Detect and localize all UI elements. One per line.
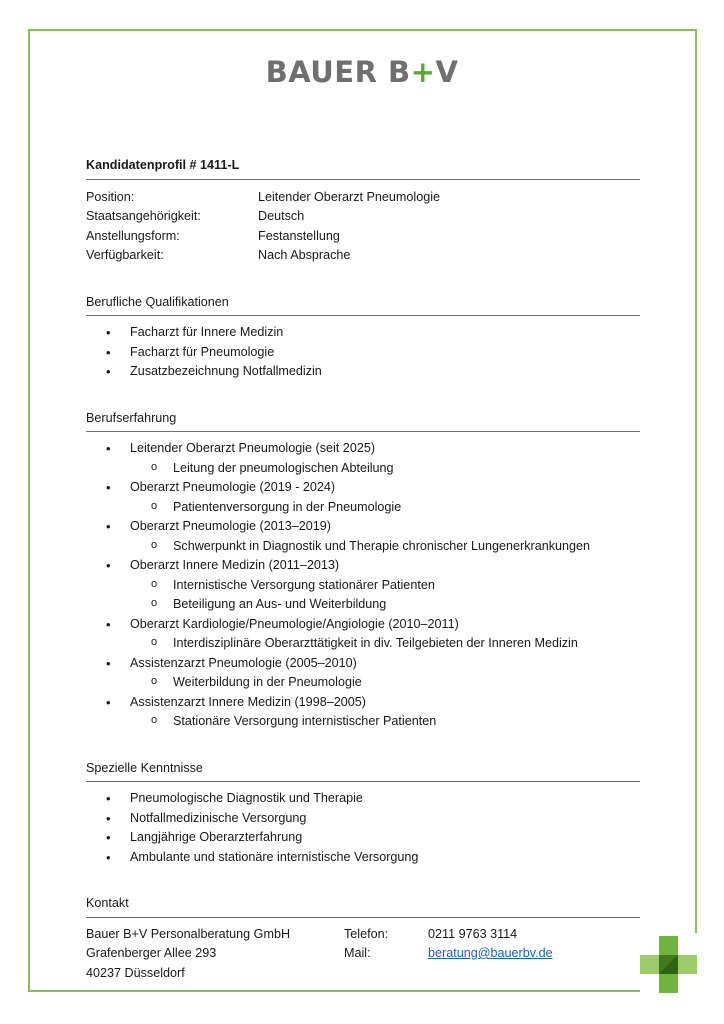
experience-item: Leitender Oberarzt Pneumologie (seit 202… — [86, 439, 640, 459]
experience-detail: Beteiligung an Aus- und Weiterbildung — [130, 595, 640, 615]
skill-item: Pneumologische Diagnostik und Therapie — [86, 789, 640, 809]
street-address: Grafenberger Allee 293 — [86, 944, 344, 964]
company-logo: BAUER B+V — [0, 55, 724, 89]
experience-detail: Patientenversorgung in der Pneumologie — [130, 498, 640, 518]
contact-block: Bauer B+V Personalberatung GmbH Grafenbe… — [86, 925, 640, 984]
section-heading-qualifications: Berufliche Qualifikationen — [86, 293, 640, 313]
experience-details: Schwerpunkt in Diagnostik und Therapie c… — [86, 537, 640, 557]
section-heading-skills: Spezielle Kenntnisse — [86, 759, 640, 779]
frame-border-top — [28, 29, 697, 31]
field-label: Anstellungsform: — [86, 227, 258, 247]
qualifications-list: Facharzt für Innere MedizinFacharzt für … — [86, 323, 640, 382]
experience-details: Interdisziplinäre Oberarzttätigkeit in d… — [86, 634, 640, 654]
divider — [86, 917, 640, 918]
experience-details: Leitung der pneumologischen Abteilung — [86, 459, 640, 479]
field-value: Deutsch — [258, 207, 304, 227]
experience-item: Oberarzt Innere Medizin (2011–2013) — [86, 556, 640, 576]
skill-item: Ambulante und stationäre internistische … — [86, 848, 640, 868]
experience-list: Leitender Oberarzt Pneumologie (seit 202… — [86, 439, 640, 732]
divider — [86, 781, 640, 782]
phone-label: Telefon: — [344, 925, 428, 945]
profile-field-row: Verfügbarkeit:Nach Absprache — [86, 246, 640, 266]
profile-document: Kandidatenprofil # 1411-L Position:Leite… — [86, 156, 640, 983]
experience-item: Assistenzarzt Pneumologie (2005–2010) — [86, 654, 640, 674]
qualification-item: Facharzt für Pneumologie — [86, 343, 640, 363]
skills-list: Pneumologische Diagnostik und TherapieNo… — [86, 789, 640, 867]
experience-detail: Internistische Versorgung stationärer Pa… — [130, 576, 640, 596]
experience-detail: Schwerpunkt in Diagnostik und Therapie c… — [130, 537, 640, 557]
city-address: 40237 Düsseldorf — [86, 964, 344, 984]
experience-detail: Weiterbildung in der Pneumologie — [130, 673, 640, 693]
section-heading-contact: Kontakt — [86, 894, 640, 914]
plus-icon: + — [411, 55, 436, 89]
section-heading-experience: Berufserfahrung — [86, 409, 640, 429]
skill-item: Notfallmedizinische Versorgung — [86, 809, 640, 829]
experience-details: Stationäre Versorgung internistischer Pa… — [86, 712, 640, 732]
profile-field-row: Position:Leitender Oberarzt Pneumologie — [86, 188, 640, 208]
frame-border-left — [28, 29, 30, 992]
field-value: Leitender Oberarzt Pneumologie — [258, 188, 440, 208]
experience-details: Weiterbildung in der Pneumologie — [86, 673, 640, 693]
phone-number: 0211 9763 3114 — [428, 925, 553, 945]
profile-fields: Position:Leitender Oberarzt PneumologieS… — [86, 188, 640, 266]
green-cross-icon — [640, 936, 697, 993]
experience-item: Assistenzarzt Innere Medizin (1998–2005) — [86, 693, 640, 713]
experience-item: Oberarzt Kardiologie/Pneumologie/Angiolo… — [86, 615, 640, 635]
field-label: Position: — [86, 188, 258, 208]
field-value: Nach Absprache — [258, 246, 350, 266]
experience-detail: Stationäre Versorgung internistischer Pa… — [130, 712, 640, 732]
skill-item: Langjährige Oberarzterfahrung — [86, 828, 640, 848]
mail-link[interactable]: beratung@bauerbv.de — [428, 946, 553, 960]
experience-details: Internistische Versorgung stationärer Pa… — [86, 576, 640, 615]
experience-detail: Interdisziplinäre Oberarzttätigkeit in d… — [130, 634, 640, 654]
profile-field-row: Staatsangehörigkeit:Deutsch — [86, 207, 640, 227]
field-label: Staatsangehörigkeit: — [86, 207, 258, 227]
field-label: Verfügbarkeit: — [86, 246, 258, 266]
experience-item: Oberarzt Pneumologie (2013–2019) — [86, 517, 640, 537]
company-name: Bauer B+V Personalberatung GmbH — [86, 925, 344, 945]
field-value: Festanstellung — [258, 227, 340, 247]
frame-border-bottom — [28, 990, 640, 992]
profile-field-row: Anstellungsform:Festanstellung — [86, 227, 640, 247]
experience-detail: Leitung der pneumologischen Abteilung — [130, 459, 640, 479]
profile-title: Kandidatenprofil # 1411-L — [86, 156, 640, 176]
experience-item: Oberarzt Pneumologie (2019 - 2024) — [86, 478, 640, 498]
divider — [86, 431, 640, 432]
experience-details: Patientenversorgung in der Pneumologie — [86, 498, 640, 518]
qualification-item: Zusatzbezeichnung Notfallmedizin — [86, 362, 640, 382]
divider — [86, 315, 640, 316]
qualification-item: Facharzt für Innere Medizin — [86, 323, 640, 343]
frame-border-right — [695, 29, 697, 933]
mail-label: Mail: — [344, 944, 428, 964]
divider — [86, 179, 640, 180]
